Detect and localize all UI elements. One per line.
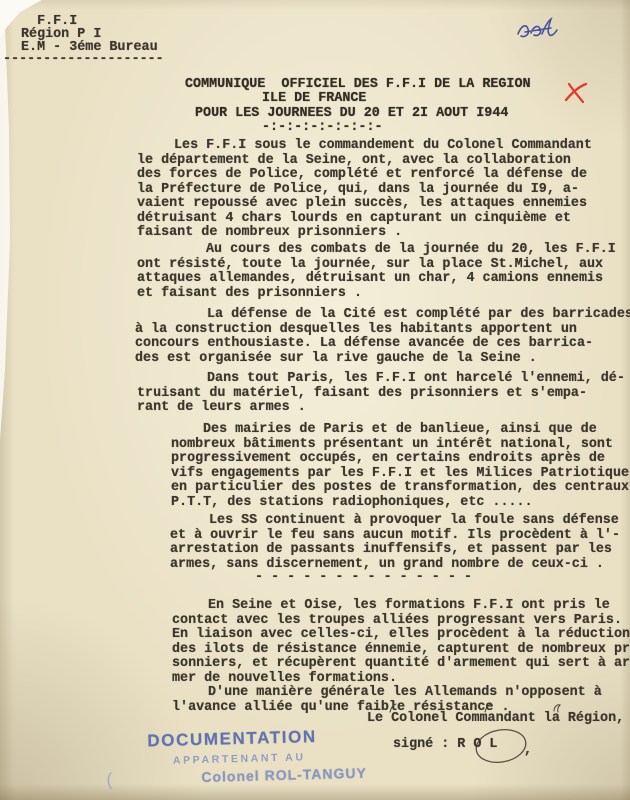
paragraph-2: Au cours des combats de la journée du 20… [137,243,616,301]
paragraph-6: Les SS continuent à provoquer la foule s… [170,514,620,572]
stamp-line-1: DOCUMENTATION [147,727,317,751]
pen-tick-marks [386,703,566,715]
paragraph-4: Dans tout Paris, les F.F.I ont harcelé l… [137,372,625,416]
letterhead-block: F.F.I Région P I E.M - 3éme Bureau [21,15,158,55]
stamp-bracket: ( [106,769,113,790]
scanned-document-page: F.F.I Région P I E.M - 3éme Bureau -----… [0,0,630,800]
paragraph-1: Les F.F.I sous le commandement du Colone… [137,139,592,241]
title-line-2: ILE DE FRANCE [262,92,366,107]
documentation-stamp: ( DOCUMENTATION APPARTENANT AU Colonel R… [99,722,381,800]
title-separator: -:-:-:-:-:-:-:- [262,121,383,136]
stamp-line-2: APPARTENANT AU [173,751,306,766]
stamp-line-3: Colonel ROL-TANGUY [201,765,367,785]
paragraph-3: La défense de la Cité est complété par d… [135,308,630,366]
section-separator: - - - - - - - - - - - - - - [255,571,472,586]
signature-circle [472,726,532,768]
paragraph-7: En Seine et Oise, les formations F.F.I o… [172,599,630,686]
red-check-mark [563,81,589,105]
letterhead-rule: -------------------- [3,53,164,68]
pen-scribble-annotation [515,13,567,43]
paragraph-5: Des mairies de Paris et de banlieue, ain… [171,423,630,510]
